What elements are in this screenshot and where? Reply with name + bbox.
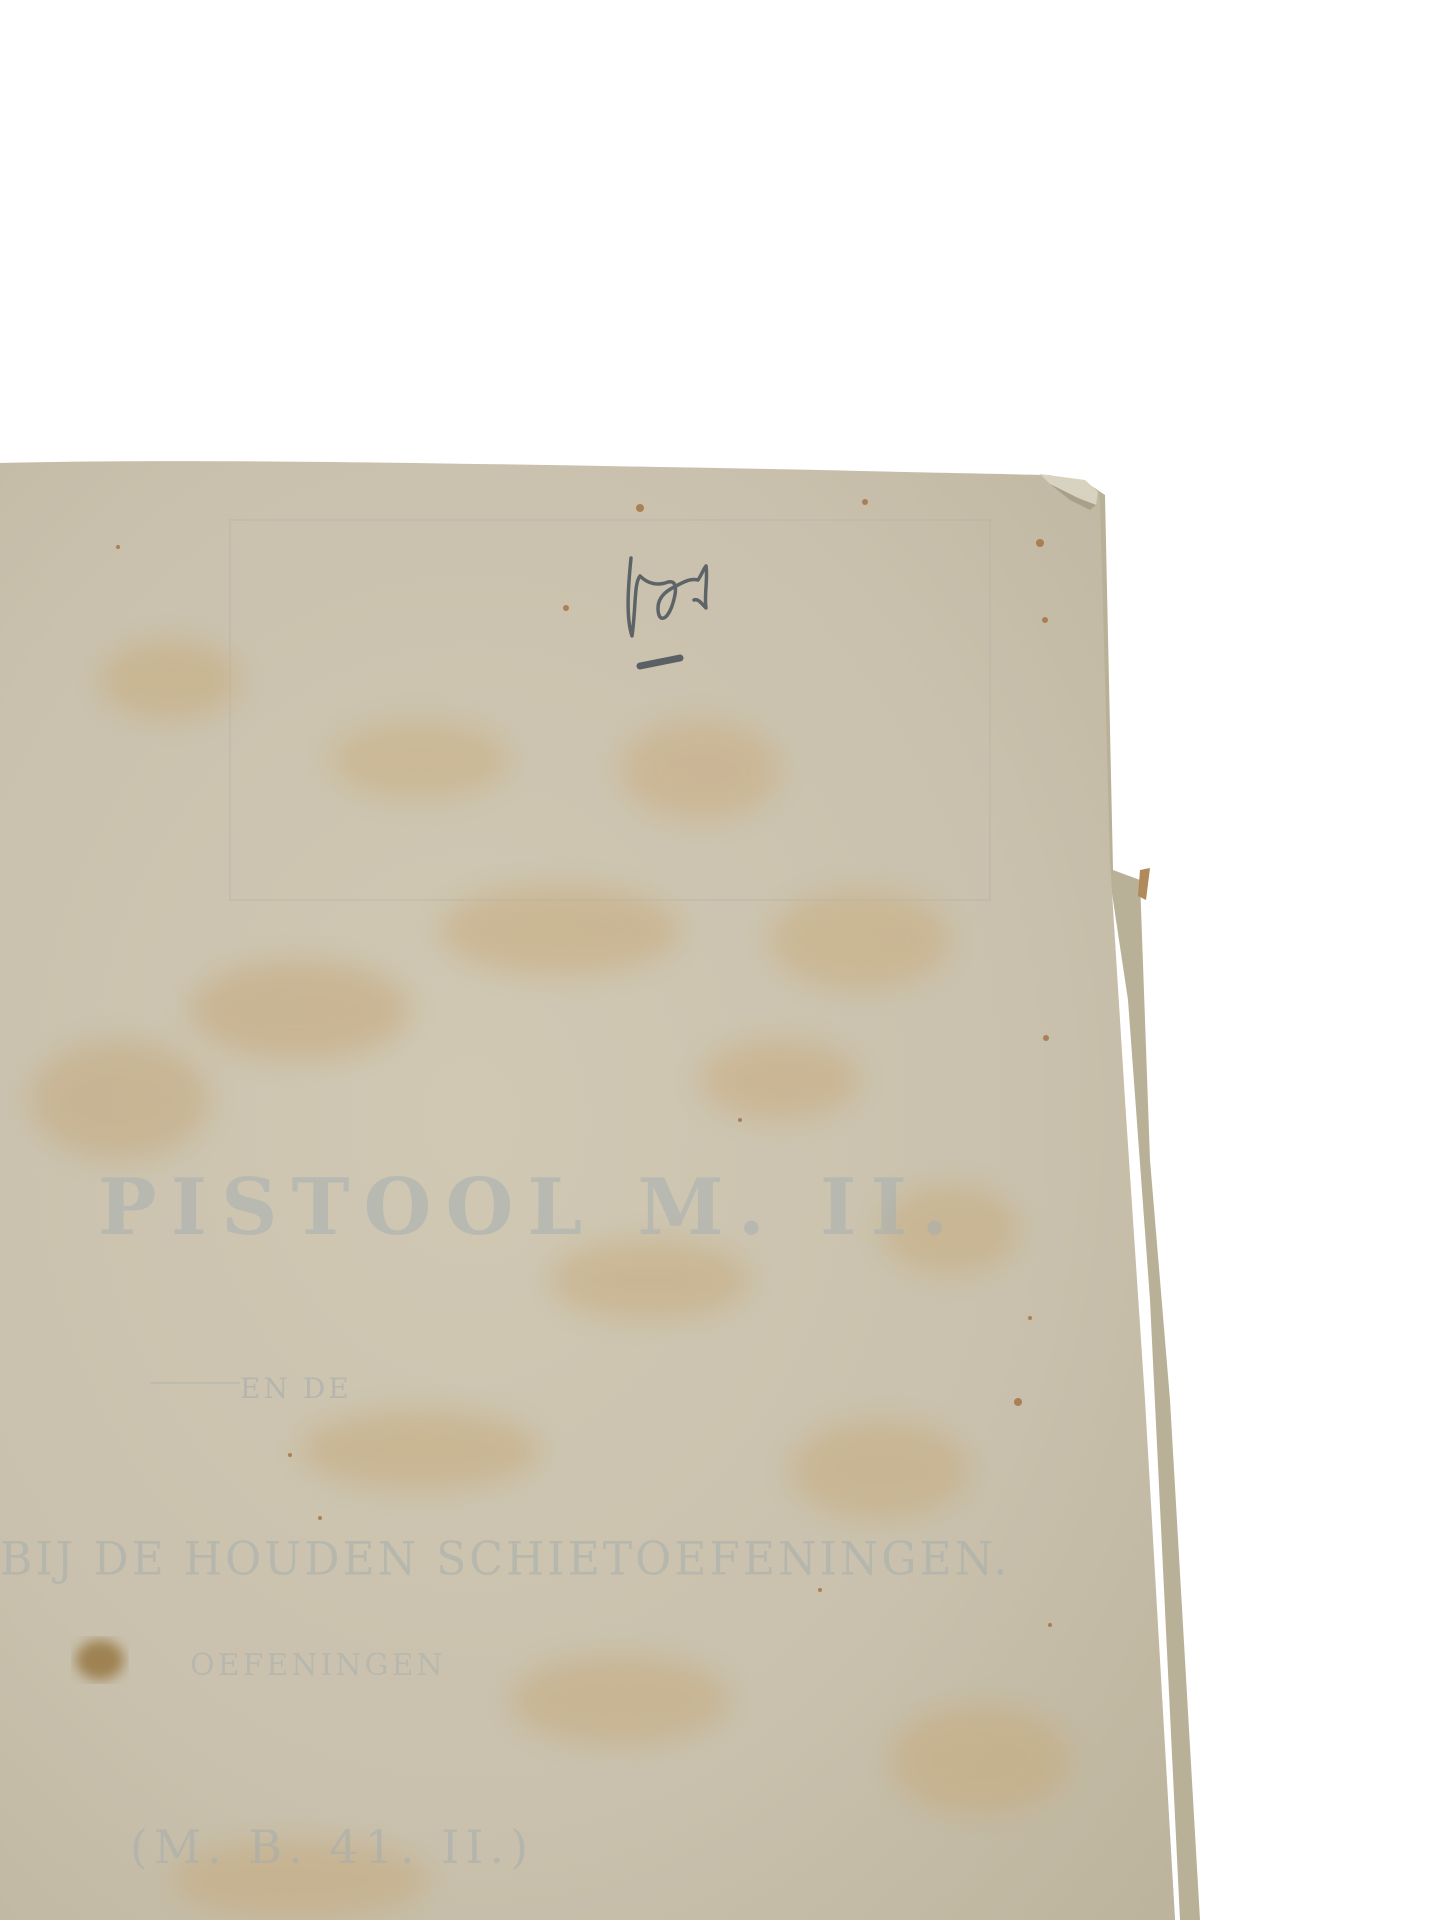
handwritten-note xyxy=(618,548,738,678)
small-print-line: OEFENINGEN xyxy=(190,1648,446,1683)
photo-stage: PISTOOL M. II. EN DE BIJ DE HOUDEN SCHIE… xyxy=(0,0,1440,1920)
conjunction-text: EN DE xyxy=(240,1372,352,1405)
title-text: PISTOOL M. II. xyxy=(98,1162,962,1253)
divider-rule xyxy=(150,1382,240,1384)
paper-sheet xyxy=(0,0,1440,1920)
subtitle-text: BIJ DE HOUDEN SCHIETOEFENINGEN. xyxy=(0,1533,1010,1587)
document-code: (M. B. 41. II.) xyxy=(130,1820,534,1874)
